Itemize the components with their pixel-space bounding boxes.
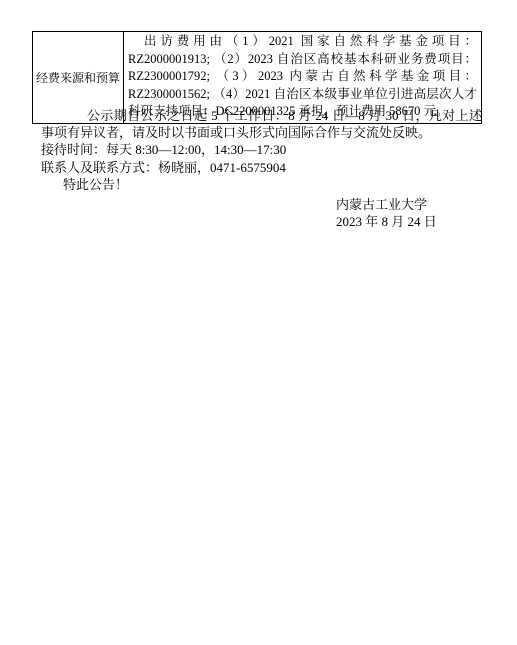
- signature-date: 2023 年 8 月 24 日: [336, 213, 482, 230]
- signature-block: 内蒙古工业大学 2023 年 8 月 24 日: [336, 196, 482, 230]
- closing-line: 特此公告！: [41, 176, 482, 193]
- publicity-period-paragraph: 公示期自公示之日起 5 个工作日：8 月 24 日—8 月 30 日，凡对上述事…: [41, 107, 482, 141]
- notice-document: 经费来源和预算 出访费用由（1）2021 国家自然科学基金项目：RZ200000…: [0, 0, 517, 645]
- signature-org: 内蒙古工业大学: [336, 196, 482, 213]
- reception-time-line: 接待时间：每天 8:30—12:00，14:30—17:30: [41, 141, 482, 158]
- contact-line: 联系人及联系方式：杨晓丽，0471-6575904: [41, 159, 482, 176]
- notice-body: 公示期自公示之日起 5 个工作日：8 月 24 日—8 月 30 日，凡对上述事…: [41, 107, 482, 230]
